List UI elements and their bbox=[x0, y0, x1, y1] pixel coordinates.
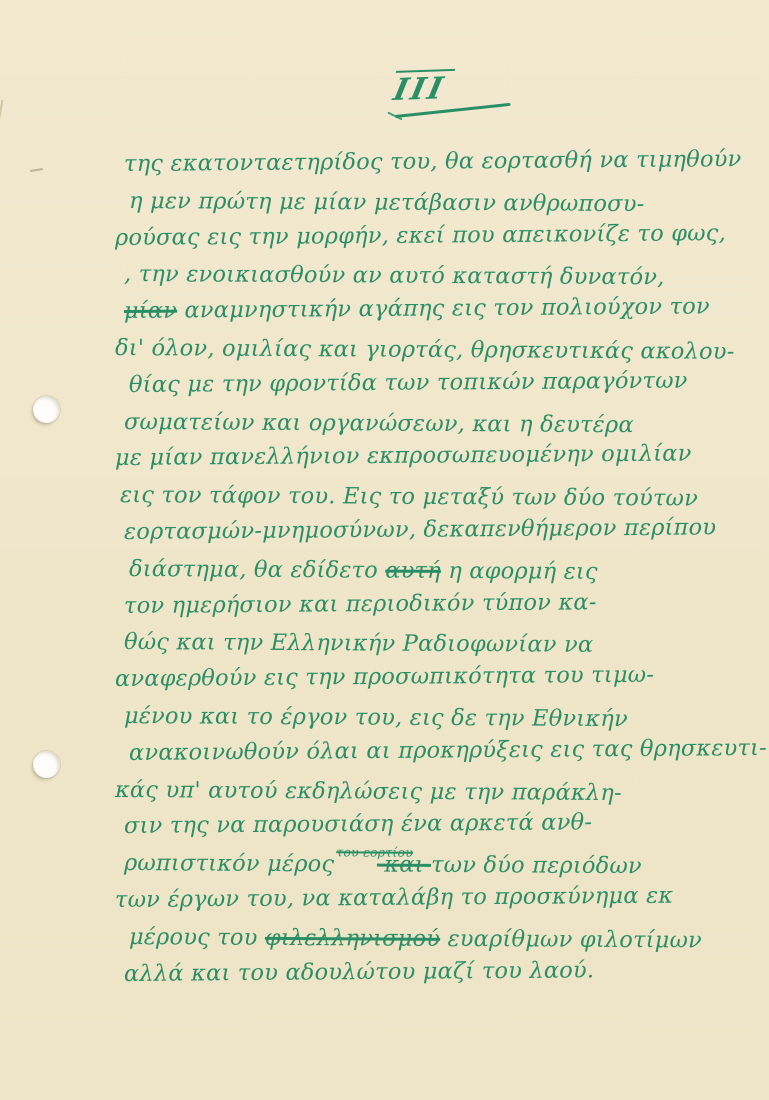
handwriting-text: ανακοινωθούν όλαι αι προκηρύξεις εις τας… bbox=[129, 735, 767, 766]
handwriting-text: εορτασμών-μνημοσύνων, δεκαπενθήμερον περ… bbox=[124, 514, 716, 545]
handwriting-text: σωματείων και οργανώσεων, και η δευτέρα bbox=[124, 409, 634, 438]
handwriting-text: αλλά και του αδουλώτου μαζί του λαού. bbox=[124, 957, 594, 987]
handwriting-text: ρούσας εις την μορφήν, εκεί που απεικονί… bbox=[115, 220, 726, 251]
punch-hole-top bbox=[33, 396, 60, 423]
manuscript-text: της εκατονταετηρίδος του, θα εορτασθή να… bbox=[124, 146, 749, 992]
handwriting-text: κάς υπ' αυτού εκδηλώσεις με την παράκλη- bbox=[115, 777, 622, 806]
handwriting-text: θίας με την φροντίδα των τοπικών παραγόν… bbox=[129, 367, 688, 397]
handwriting-line: θίας με την φροντίδα των τοπικών παραγόν… bbox=[129, 362, 749, 404]
handwriting-text: θώς και την Ελληνικήν Ραδιοφωνίαν να bbox=[124, 629, 593, 658]
handwriting-text: η αφορμή εις bbox=[441, 558, 598, 585]
handwriting-line: ρούσας εις την μορφήν, εκεί που απεικονί… bbox=[115, 215, 749, 257]
handwriting-text: των δύο περιόδων bbox=[431, 852, 642, 879]
handwriting-text: εις τον τάφον του. Εις το μεταξύ των δύο… bbox=[120, 482, 698, 512]
struck-out-word: μίαν bbox=[124, 298, 177, 324]
handwriting-text: ρωπιστικόν μέρος bbox=[124, 850, 334, 877]
handwriting-text: τον ημερήσιον και περιοδικόν τύπον κα- bbox=[124, 589, 597, 619]
handwriting-line: σιν της να παρουσιάση ένα αρκετά ανθ- bbox=[124, 803, 749, 845]
handwriting-line: των έργων του, να καταλάβη το προσκύνημα… bbox=[115, 877, 749, 919]
margin-dash-mark bbox=[30, 168, 43, 172]
handwriting-line: ανακοινωθούν όλαι αι προκηρύξεις εις τας… bbox=[129, 730, 749, 772]
handwriting-line: αναφερθούν εις την προσωπικότητα του τιμ… bbox=[115, 656, 749, 698]
handwriting-text: μέρους του bbox=[129, 924, 265, 951]
handwriting-text: ευαρίθμων φιλοτίμων bbox=[440, 926, 702, 954]
page-number-numeral: III bbox=[388, 69, 455, 110]
struck-out-word: φιλελληνισμού bbox=[265, 925, 440, 952]
punch-hole-bottom bbox=[33, 751, 60, 778]
handwriting-text: , την ενοικιασθούν αν αυτό καταστή δυνατ… bbox=[124, 261, 665, 290]
handwriting-text: δι' όλον, ομιλίας και γιορτάς, θρησκευτι… bbox=[115, 335, 735, 365]
handwriting-text: των έργων του, να καταλάβη το προσκύνημα… bbox=[115, 883, 673, 913]
handwriting-line: εορτασμών-μνημοσύνων, δεκαπενθήμερον περ… bbox=[124, 509, 749, 551]
page-number: III bbox=[391, 69, 451, 110]
handwriting-text: μένου και το έργον του, εις δε την Εθνικ… bbox=[124, 703, 628, 732]
struck-out-word: και bbox=[377, 852, 431, 878]
handwriting-text: αναμνηστικήν αγάπης εις τον πολιούχον το… bbox=[177, 294, 710, 324]
handwriting-line: τον ημερήσιον και περιοδικόν τύπον κα- bbox=[124, 583, 749, 625]
handwriting-line: μίαν αναμνηστικήν αγάπης εις τον πολιούχ… bbox=[124, 288, 749, 330]
handwriting-text: αναφερθούν εις την προσωπικότητα του τιμ… bbox=[115, 662, 654, 692]
manuscript-page: { "document": { "kind": "handwritten man… bbox=[0, 0, 769, 1100]
handwriting-text: διάστημα, θα εδίδετο bbox=[129, 556, 385, 584]
edge-scratch-mark bbox=[0, 100, 3, 128]
handwriting-line: με μίαν πανελλήνιον εκπροσωπευομένην ομι… bbox=[115, 435, 749, 477]
handwriting-text: σιν της να παρουσιάση ένα αρκετά ανθ- bbox=[124, 810, 592, 840]
handwriting-text: η μεν πρώτη με μίαν μετάβασιν ανθρωποσυ- bbox=[129, 188, 645, 217]
struck-out-word: αυτή bbox=[385, 557, 441, 583]
handwriting-text: με μίαν πανελλήνιον εκπροσωπευομένην ομι… bbox=[115, 441, 692, 472]
handwriting-line: αλλά και του αδουλώτου μαζί του λαού. bbox=[124, 951, 749, 993]
handwriting-text: της εκατονταετηρίδος του, θα εορτασθή να… bbox=[124, 146, 742, 177]
handwriting-line: της εκατονταετηρίδος του, θα εορτασθή να… bbox=[124, 141, 749, 183]
